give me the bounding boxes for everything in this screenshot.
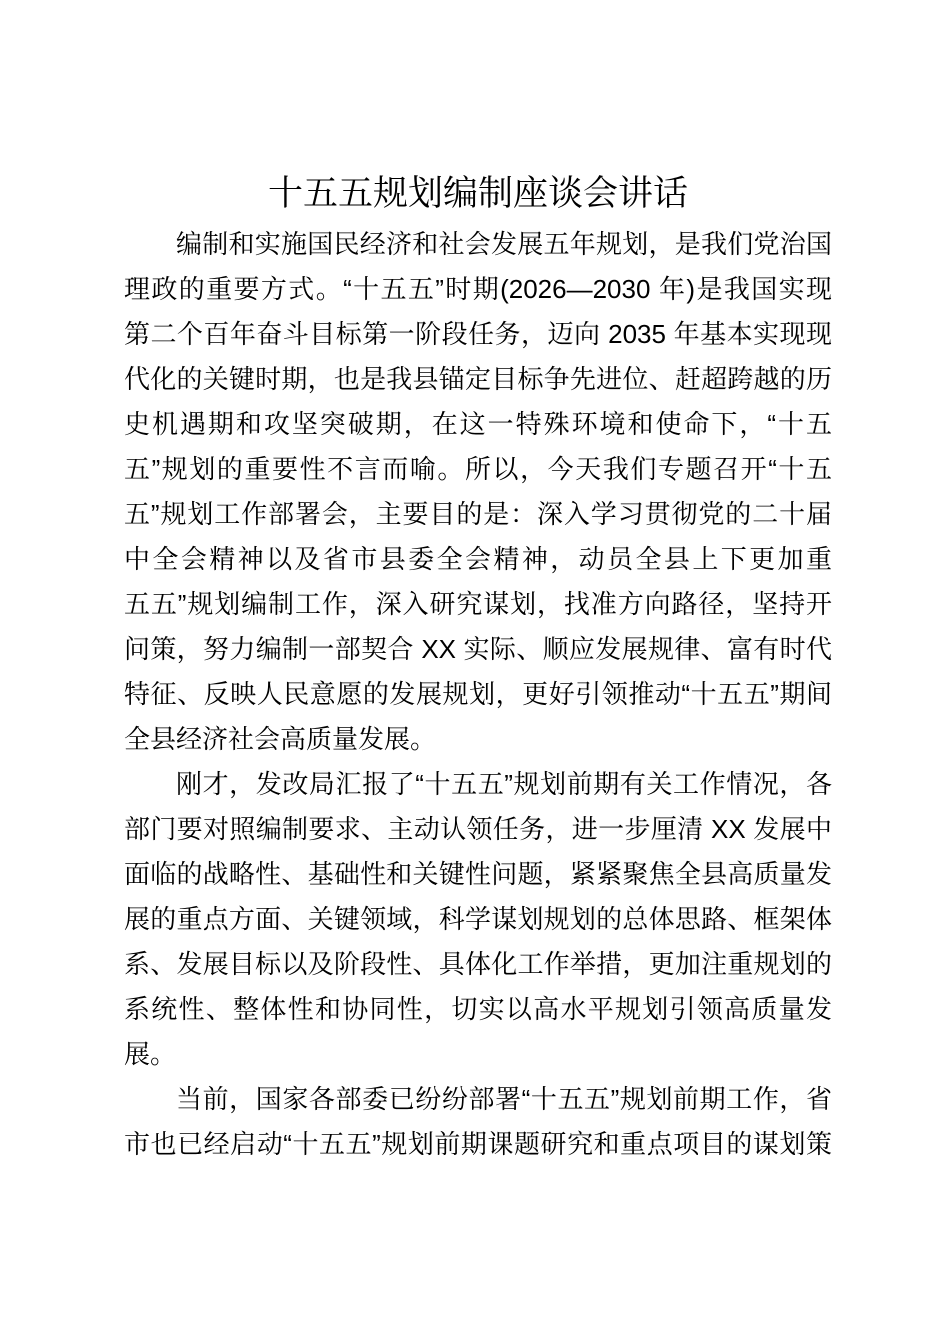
document-line: 全县经济社会高质量发展。 (124, 717, 832, 762)
document-line: 编制和实施国民经济和社会发展五年规划，是我们党治国 (124, 222, 832, 267)
document-line: 中全会精神以及省市县委全会精神，动员全县上下更加重视“十 (124, 537, 832, 582)
document-line: 第二个百年奋斗目标第一阶段任务，迈向 2035 年基本实现现 (124, 312, 832, 357)
document-content: 十五五规划编制座谈会讲话 编制和实施国民经济和社会发展五年规划，是我们党治国 理… (124, 0, 832, 1167)
document-line: 系、发展目标以及阶段性、具体化工作举措，更加注重规划的 (124, 942, 832, 987)
document-page: 十五五规划编制座谈会讲话 编制和实施国民经济和社会发展五年规划，是我们党治国 理… (0, 0, 950, 1344)
document-line: 五”规划的重要性不言而喻。所以，今天我们专题召开“十五 (124, 447, 832, 492)
document-line: 刚才，发改局汇报了“十五五”规划前期有关工作情况，各 (124, 762, 832, 807)
document-line: 市也已经启动“十五五”规划前期课题研究和重点项目的谋划策 (124, 1122, 832, 1167)
document-line: 五”规划工作部署会，主要目的是：深入学习贯彻党的二十届三 (124, 492, 832, 537)
document-line: 问策，努力编制一部契合 XX 实际、顺应发展规律、富有时代 (124, 627, 832, 672)
paragraph-2: 刚才，发改局汇报了“十五五”规划前期有关工作情况，各 部门要对照编制要求、主动认… (124, 762, 832, 1077)
document-line: 展。 (124, 1032, 832, 1077)
document-line: 代化的关键时期，也是我县锚定目标争先进位、赶超跨越的历 (124, 357, 832, 402)
document-line: 史机遇期和攻坚突破期，在这一特殊环境和使命下，“十五 (124, 402, 832, 447)
document-line: 理政的重要方式。“十五五”时期(2026—2030 年)是我国实现 (124, 267, 832, 312)
document-title: 十五五规划编制座谈会讲话 (124, 167, 832, 220)
document-line: 五五”规划编制工作，深入研究谋划，找准方向路径，坚持开门 (124, 582, 832, 627)
document-line: 当前，国家各部委已纷纷部署“十五五”规划前期工作，省 (124, 1077, 832, 1122)
paragraph-3: 当前，国家各部委已纷纷部署“十五五”规划前期工作，省 市也已经启动“十五五”规划… (124, 1077, 832, 1167)
paragraph-1: 编制和实施国民经济和社会发展五年规划，是我们党治国 理政的重要方式。“十五五”时… (124, 222, 832, 762)
document-line: 特征、反映人民意愿的发展规划，更好引领推动“十五五”期间 (124, 672, 832, 717)
document-line: 面临的战略性、基础性和关键性问题，紧紧聚焦全县高质量发 (124, 852, 832, 897)
document-line: 系统性、整体性和协同性，切实以高水平规划引领高质量发 (124, 987, 832, 1032)
document-line: 部门要对照编制要求、主动认领任务，进一步厘清 XX 发展中 (124, 807, 832, 852)
document-line: 展的重点方面、关键领域，科学谋划规划的总体思路、框架体 (124, 897, 832, 942)
